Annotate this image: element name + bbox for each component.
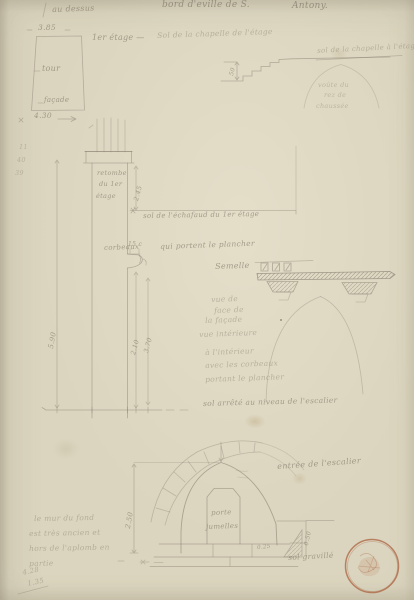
facade-note-line: vue de bbox=[211, 295, 238, 303]
cap-note-line: retombe bbox=[97, 170, 127, 177]
ground-baseline bbox=[42, 408, 162, 411]
facade-note-line: vue intérieure bbox=[199, 329, 257, 339]
vault-note-line: chaussée bbox=[316, 103, 349, 110]
floor-note: 1er étage — bbox=[92, 34, 145, 42]
entrance-dim-small: 0.25 bbox=[257, 545, 271, 552]
sheet-title-left: bord d'eville de S. bbox=[162, 1, 250, 10]
tower-dim-bottom: 4.30 bbox=[34, 112, 52, 120]
right-corbel bbox=[342, 283, 377, 295]
corner-mark bbox=[43, 3, 46, 17]
margin-number: 39 bbox=[15, 170, 24, 177]
margin-number: 40 bbox=[17, 157, 26, 164]
cap-note-line: du 1er bbox=[99, 181, 122, 188]
facade-note-line: face de bbox=[214, 306, 244, 315]
vault-note-line: voûte du bbox=[318, 82, 349, 89]
semelle-detail bbox=[255, 261, 395, 303]
sketch-sheet: au dessus bord d'eville de S. Antony. 1e… bbox=[0, 0, 414, 600]
footer-note-line: le mur du fond bbox=[34, 514, 94, 523]
sheet-title-right: Antony. bbox=[292, 2, 328, 11]
tower-label-bottom: façade bbox=[44, 97, 69, 104]
pencil-linework bbox=[0, 0, 414, 600]
footer-note-line: hors de l'aplomb en bbox=[29, 544, 110, 553]
door-label-line: jumelles bbox=[206, 523, 238, 531]
corner-note: au dessus bbox=[52, 5, 95, 14]
collection-stamp bbox=[346, 540, 399, 593]
middle-arch bbox=[266, 297, 363, 403]
cap-note-line: étage bbox=[96, 193, 116, 200]
entrance-dimension bbox=[130, 464, 138, 553]
footer-note-line: est très ancien et bbox=[29, 529, 100, 538]
corbel-word: corbeaux bbox=[104, 244, 139, 252]
tower-label: tour bbox=[42, 65, 60, 73]
door-label-line: porte bbox=[211, 509, 232, 517]
base-courses bbox=[150, 544, 298, 567]
semelle-label: Semelle bbox=[215, 262, 250, 271]
tower-dim-top: 3.85 bbox=[38, 24, 56, 32]
calc-underline bbox=[18, 586, 48, 594]
stairs-profile bbox=[221, 56, 402, 109]
facade-note-line: la façade bbox=[205, 316, 242, 325]
facade-note-line: à l'intérieur bbox=[205, 347, 254, 356]
sole-plate-beam bbox=[257, 272, 395, 281]
timber-lines bbox=[97, 118, 125, 152]
tower-plan-outline bbox=[19, 30, 85, 122]
ink-speck bbox=[280, 319, 282, 321]
vault-note-line: rez de bbox=[324, 92, 346, 99]
margin-number: 11 bbox=[19, 144, 28, 151]
left-corbel bbox=[267, 282, 298, 293]
height-dimension-line bbox=[55, 160, 59, 408]
